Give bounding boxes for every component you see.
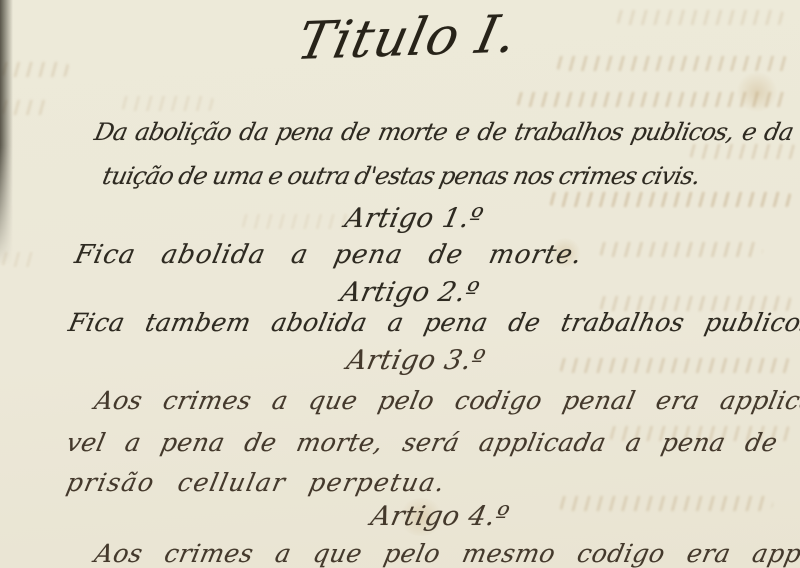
bleedthrough-mark [688, 144, 798, 159]
page-edge-shadow [0, 0, 13, 265]
document-title: Titulo I. [292, 4, 523, 72]
bleedthrough-mark [598, 242, 763, 257]
paper-stain [735, 72, 779, 112]
bleedthrough-mark [558, 358, 793, 373]
bleedthrough-mark [548, 192, 793, 207]
article-3-body-line-2: vel a pena de morte, será applicada a pe… [64, 428, 780, 457]
article-3-body-line-3: prisão cellular perpetua. [64, 468, 449, 497]
manuscript-page: Titulo I. Da abolição da pena de morte e… [0, 0, 800, 568]
subtitle-line-1: Da abolição da pena de morte e de trabal… [92, 118, 800, 146]
article-4-body-line-1: Aos crimes a que pelo mesmo codigo era a… [92, 539, 800, 568]
article-3-body-line-1: Aos crimes a que pelo codigo penal era a… [92, 386, 800, 415]
bleedthrough-mark [240, 214, 360, 229]
article-2-heading: Artigo 2.º [338, 277, 482, 308]
subtitle-line-2: tuição de uma e outra d'estas penas nos … [100, 162, 703, 190]
article-1-heading: Artigo 1.º [342, 203, 486, 234]
bleedthrough-mark [615, 10, 785, 25]
article-4-heading: Artigo 4.º [368, 501, 512, 532]
bleedthrough-mark [555, 56, 790, 71]
bleedthrough-mark [558, 496, 773, 511]
article-1-body-line-1: Fica abolida a pena de morte. [72, 240, 585, 270]
article-2-body-line-1: Fica tambem abolida a pena de trabalhos … [66, 308, 800, 337]
bleedthrough-mark [120, 96, 215, 111]
article-3-heading: Artigo 3.º [344, 345, 488, 376]
